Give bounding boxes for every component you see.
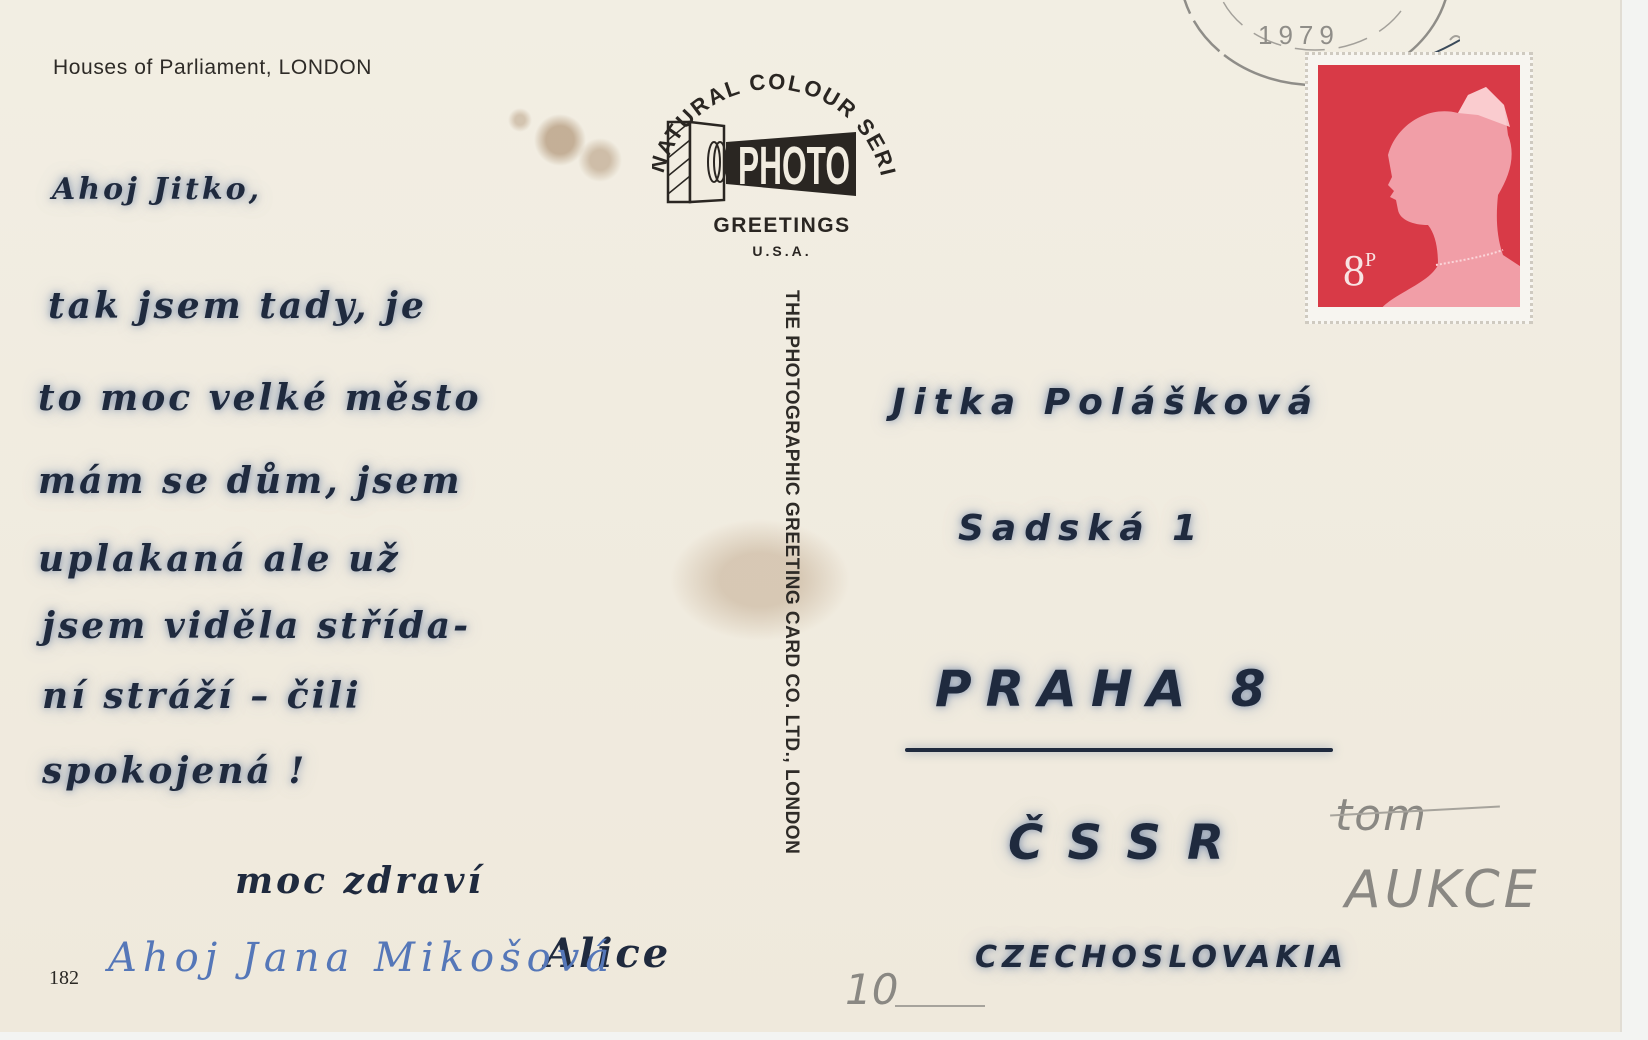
- message-line: to moc velké město: [38, 377, 482, 419]
- pencil-note-line2: AUKCE: [1345, 860, 1541, 920]
- message-closing: moc zdraví: [235, 860, 484, 902]
- logo-brand: PHOTO: [738, 136, 850, 196]
- address-country: CZECHOSLOVAKIA: [975, 940, 1348, 975]
- pencil-number: 10: [845, 965, 898, 1014]
- message-line: uplakaná ale už: [38, 538, 401, 580]
- message-line: Ahoj Jitko,: [52, 172, 262, 207]
- address-city: PRAHA 8: [935, 660, 1280, 718]
- pencil-underline: [895, 1005, 985, 1007]
- message-line: ní stráží – čili: [42, 675, 362, 717]
- address-street: Sadská 1: [958, 508, 1205, 549]
- stamp-value-number: 8: [1343, 246, 1365, 295]
- message-line: jsem viděla střída-: [42, 605, 471, 647]
- card-number: 182: [49, 967, 79, 990]
- photo-greetings-logo: NATURAL COLOUR SERIES PHOTO GREETINGS U.…: [652, 50, 912, 280]
- postcard-back: Houses of Parliament, LONDON NATURAL COL…: [0, 0, 1620, 1032]
- stamp-face: 8P: [1318, 65, 1520, 307]
- blue-pen-note: Ahoj Jana Mikošová: [108, 935, 615, 981]
- stamp-value: 8P: [1343, 245, 1376, 296]
- logo-country: U.S.A.: [752, 243, 811, 259]
- address-underline: [905, 748, 1333, 752]
- address-country-short: ČSSR: [1008, 815, 1250, 871]
- stamp-value-unit: P: [1365, 249, 1376, 271]
- logo-sub: GREETINGS: [713, 214, 850, 237]
- message-line: mám se dům, jsem: [38, 460, 463, 502]
- postage-stamp: 8P: [1305, 52, 1533, 324]
- postmark-year: 1979: [1258, 20, 1340, 51]
- address-name: Jitka Polášková: [892, 382, 1320, 423]
- card-caption: Houses of Parliament, LONDON: [53, 56, 372, 80]
- pencil-note-line1: tom: [1335, 790, 1428, 841]
- message-line: spokojená !: [42, 750, 307, 792]
- message-line: tak jsem tady, je: [48, 285, 427, 327]
- publisher-line: THE PHOTOGRAPHIC GREETING CARD CO. LTD.,…: [780, 290, 802, 854]
